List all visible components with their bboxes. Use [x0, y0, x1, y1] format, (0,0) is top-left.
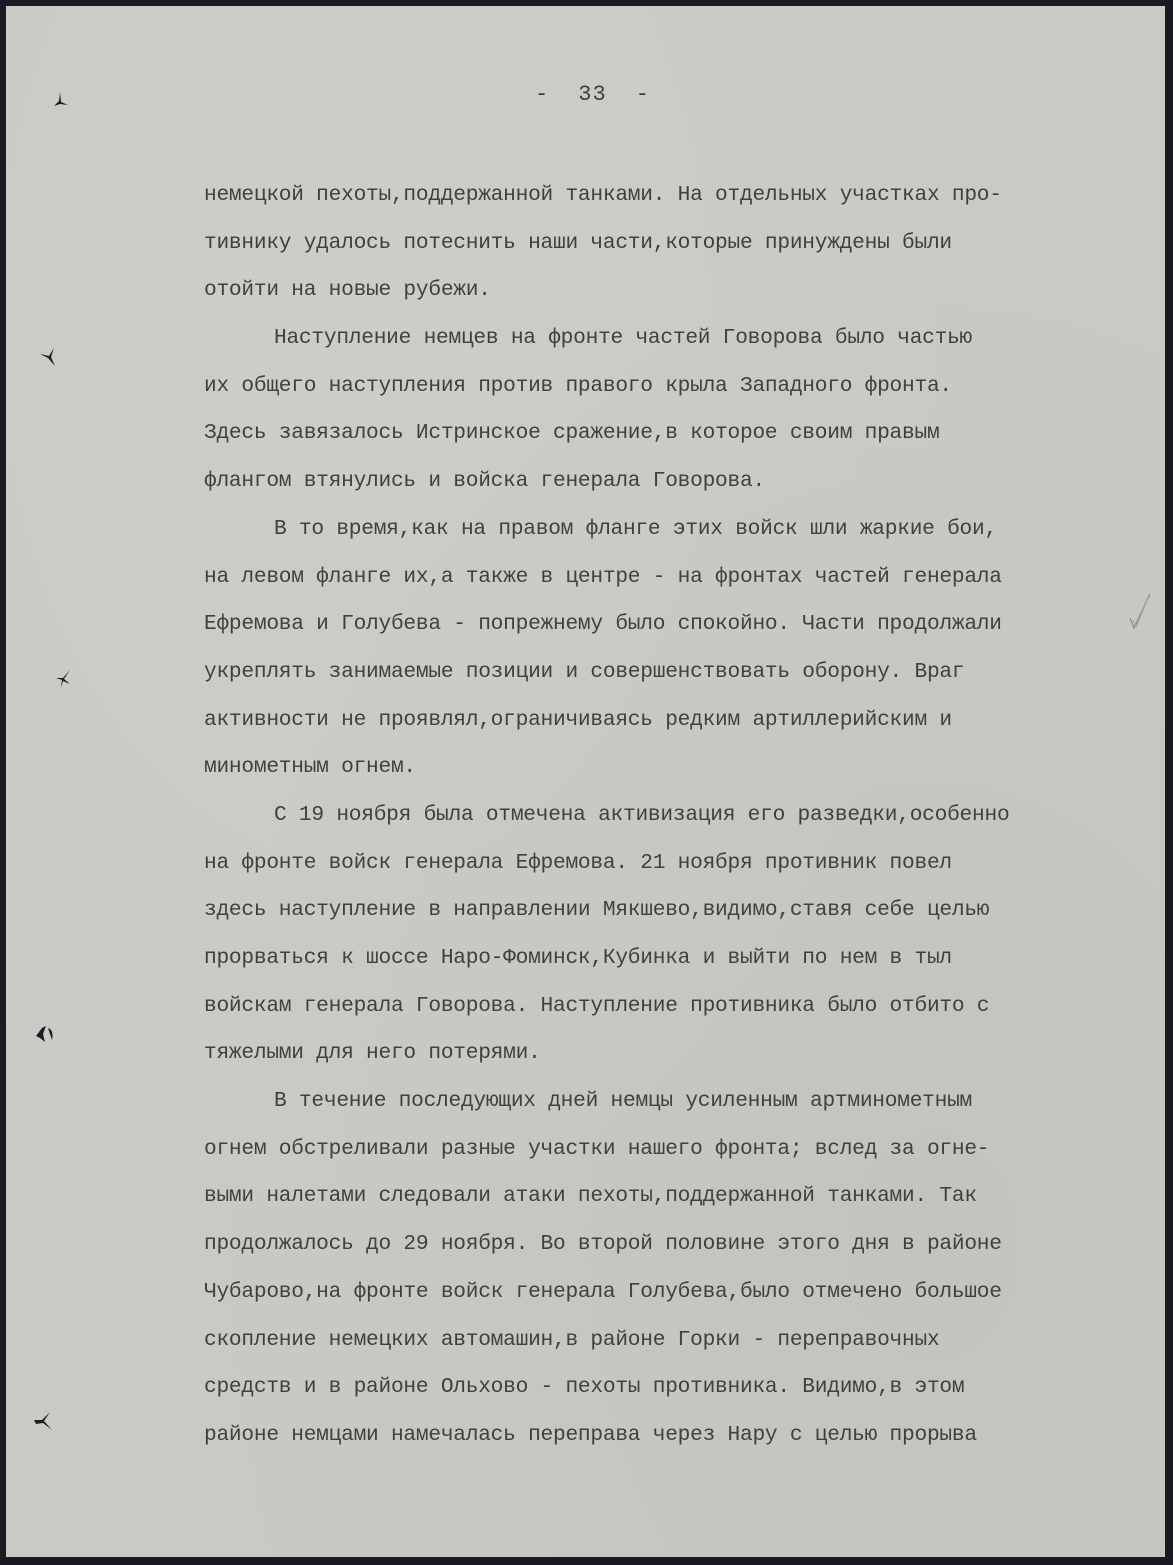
- text-line: Наступление немцев на фронте частей Гово…: [204, 315, 1144, 363]
- page-number-prefix: -: [520, 82, 564, 107]
- text-line: укреплять занимаемые позиции и совершенс…: [204, 649, 1144, 697]
- text-line: С 19 ноября была отмечена активизация ег…: [204, 792, 1144, 840]
- punch-hole-icon: [52, 666, 76, 690]
- text-line: войскам генерала Говорова. Наступление п…: [204, 983, 1144, 1031]
- text-line: тивнику удалось потеснить наши части,кот…: [204, 220, 1144, 268]
- typewritten-body: немецкой пехоты,поддержанной танками. На…: [204, 172, 1144, 1460]
- text-line: здесь наступление в направлении Мякшево,…: [204, 887, 1144, 935]
- page-number: 33: [578, 82, 606, 107]
- text-line: прорваться к шоссе Наро-Фоминск,Кубинка …: [204, 935, 1144, 983]
- text-line: тяжелыми для него потерями.: [204, 1030, 1144, 1078]
- text-line: немецкой пехоты,поддержанной танками. На…: [204, 172, 1144, 220]
- text-line: на левом фланге их,а также в центре - на…: [204, 554, 1144, 602]
- text-line: районе немцами намечалась переправа чере…: [204, 1412, 1144, 1460]
- text-line: отойти на новые рубежи.: [204, 267, 1144, 315]
- text-line: В то время,как на правом фланге этих вой…: [204, 506, 1144, 554]
- punch-hole-icon: [32, 1408, 56, 1432]
- text-line: флангом втянулись и войска генерала Гово…: [204, 458, 1144, 506]
- text-line: Ефремова и Голубева - попрежнему было сп…: [204, 601, 1144, 649]
- text-line: активности не проявлял,ограничиваясь ред…: [204, 697, 1144, 745]
- text-line: выми налетами следовали атаки пехоты,под…: [204, 1173, 1144, 1221]
- page-number-header: - 33 -: [6, 82, 1173, 107]
- text-line: В течение последующих дней немцы усиленн…: [204, 1078, 1144, 1126]
- punch-hole-icon: [34, 1022, 58, 1046]
- text-line: Здесь завязалось Истринское сражение,в к…: [204, 410, 1144, 458]
- text-line: их общего наступления против правого кры…: [204, 363, 1144, 411]
- text-line: на фронте войск генерала Ефремова. 21 но…: [204, 840, 1144, 888]
- page-number-suffix: -: [621, 82, 665, 107]
- text-line: скопление немецких автомашин,в районе Го…: [204, 1317, 1144, 1365]
- text-line: продолжалось до 29 ноября. Во второй пол…: [204, 1221, 1144, 1269]
- text-line: огнем обстреливали разные участки нашего…: [204, 1126, 1144, 1174]
- punch-hole-icon: [38, 346, 62, 370]
- text-line: минометным огнем.: [204, 744, 1144, 792]
- text-line: Чубарово,на фронте войск генерала Голубе…: [204, 1269, 1144, 1317]
- text-line: средств и в районе Ольхово - пехоты прот…: [204, 1364, 1144, 1412]
- document-page: - 33 - немецкой пехоты,поддержанной танк…: [6, 6, 1165, 1557]
- pencil-check-mark-icon: [1128, 592, 1152, 632]
- punch-hole-icon: [48, 90, 72, 114]
